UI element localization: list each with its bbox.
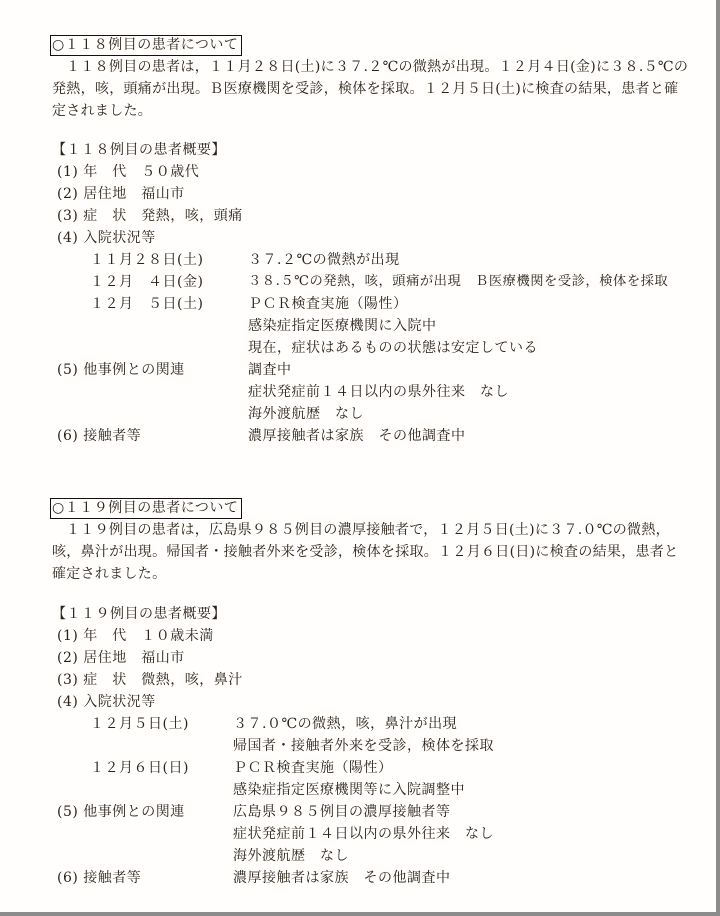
case-118-timeline-date: １２月 ４日(金) <box>90 272 203 292</box>
case-118-residence: (2) 居住地 福山市 <box>57 184 185 204</box>
case-119-summary-title: 【１１９例目の患者概要】 <box>52 604 226 624</box>
document-page: ○１１８例目の患者について １１８例目の患者は，１１月２８日(土)に３７.２℃の… <box>0 0 720 916</box>
case-119-timeline-event: 感染症指定医療機関等に入院調整中 <box>233 780 465 800</box>
case-119-timeline-event: ＰＣＲ検査実施（陽性） <box>233 758 393 778</box>
case-118-timeline-event: ３７.２℃の微熱が出現 <box>248 250 400 270</box>
case-119-age: (1) 年 代 １０歳未満 <box>57 626 214 646</box>
case-118-heading: ○１１８例目の患者について <box>50 35 242 56</box>
case-119-relation-label: (5) 他事例との関連 <box>57 802 185 822</box>
case-118-summary-title: 【１１８例目の患者概要】 <box>52 140 226 160</box>
case-119-residence: (2) 居住地 福山市 <box>57 648 185 668</box>
case-119-timeline-event: 帰国者・接触者外来を受診，検体を採取 <box>233 736 494 756</box>
case-118-timeline-date: １１月２８日(土) <box>90 250 203 270</box>
case-118-timeline-date: １２月 ５日(土) <box>90 294 203 314</box>
case-119-paragraph: １１９例目の患者は，広島県９８５例目の濃厚接触者で，１２月５日(土)に３７.０℃… <box>52 519 692 585</box>
case-118-timeline-event: ３８.５℃の発熱，咳，頭痛が出現 Ｂ医療機関を受診，検体を採取 <box>248 272 668 292</box>
case-119-relation-item: 海外渡航歴 なし <box>233 846 349 866</box>
case-118-timeline-event: ＰＣＲ検査実施（陽性） <box>248 294 408 314</box>
case-118-relation-item: 症状発症前１４日以内の県外往来 なし <box>248 382 509 402</box>
case-118-contacts: 濃厚接触者は家族 その他調査中 <box>248 426 466 446</box>
case-118-paragraph-text: １１８例目の患者は，１１月２８日(土)に３７.２℃の微熱が出現。１２月４日(金)… <box>52 59 688 119</box>
case-119-hospital-label: (4) 入院状況等 <box>57 692 156 712</box>
case-118-relation-item: 調査中 <box>248 360 292 380</box>
case-118-relation-item: 海外渡航歴 なし <box>248 404 364 424</box>
case-119-heading: ○１１９例目の患者について <box>50 498 242 519</box>
case-119-paragraph-text: １１９例目の患者は，広島県９８５例目の濃厚接触者で，１２月５日(土)に３７.０℃… <box>52 522 678 582</box>
case-119-contacts-label: (6) 接触者等 <box>57 868 141 888</box>
case-118-timeline-event: 感染症指定医療機関に入院中 <box>248 316 437 336</box>
case-119-symptoms: (3) 症 状 微熱，咳，鼻汁 <box>57 670 243 690</box>
case-119-relation-item: 症状発症前１４日以内の県外往来 なし <box>233 824 494 844</box>
case-119-relation-item: 広島県９８５例目の濃厚接触者等 <box>233 802 451 822</box>
case-119-contacts: 濃厚接触者は家族 その他調査中 <box>233 868 451 888</box>
case-118-symptoms: (3) 症 状 発熱，咳，頭痛 <box>57 206 243 226</box>
case-118-paragraph: １１８例目の患者は，１１月２８日(土)に３７.２℃の微熱が出現。１２月４日(金)… <box>52 56 692 122</box>
case-119-timeline-event: ３７.０℃の微熱，咳，鼻汁が出現 <box>233 714 457 734</box>
case-118-contacts-label: (6) 接触者等 <box>57 426 141 446</box>
case-118-relation-label: (5) 他事例との関連 <box>57 360 185 380</box>
case-118-hospital-label: (4) 入院状況等 <box>57 228 156 248</box>
case-119-timeline-date: １２月６日(日) <box>90 758 189 778</box>
case-119-timeline-date: １２月５日(土) <box>90 714 189 734</box>
case-118-age: (1) 年 代 ５０歳代 <box>57 162 199 182</box>
case-118-timeline-event: 現在，症状はあるものの状態は安定している <box>248 338 538 358</box>
